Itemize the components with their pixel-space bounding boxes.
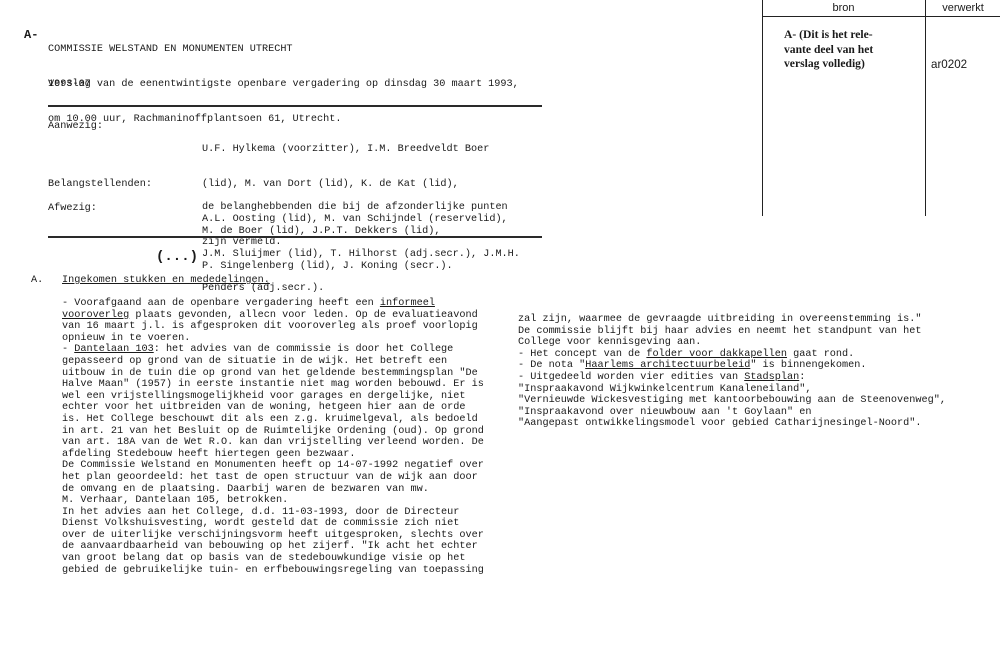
body-line: - De nota "Haarlems architectuurbeleid" …	[518, 360, 946, 372]
body-line: - Dantelaan 103: het advies van de commi…	[62, 344, 484, 356]
body-text: In het advies aan het College, d.d. 11-0…	[62, 507, 459, 518]
body-text: :	[799, 372, 805, 383]
body-line: van groot belang dat op basis van de ste…	[62, 553, 484, 565]
body-line: wel een vrijstellingsmogelijkheid voor g…	[62, 391, 484, 403]
table-border-left	[762, 0, 763, 216]
body-text: afdeling Stedebouw heeft hiertegen geen …	[62, 449, 355, 460]
body-text: Dienst Volkshuisvesting, wordt gesteld d…	[62, 518, 459, 529]
body-text: "Vernieuwde Wickesvestiging met kantoorb…	[518, 395, 946, 406]
table-cell-bron: A- (Dit is het rele- vante deel van het …	[784, 28, 873, 72]
body-line: opnieuw in te voeren.	[62, 333, 484, 345]
body-text: de aanvaardbaarheid van bebouwing op het…	[62, 541, 478, 552]
body-text: van groot belang dat op basis van de ste…	[62, 553, 466, 564]
section-title: Ingekomen stukken en mededelingen.	[62, 275, 270, 287]
body-text: Halve Maan" (1957) in eerste instantie n…	[62, 379, 484, 390]
body-text: in art. 21 van het Besluit op de Ruimtel…	[62, 426, 484, 437]
body-line: In het advies aan het College, d.d. 11-0…	[62, 507, 484, 519]
source-table: bron verwerkt A- (Dit is het rele- vante…	[762, 0, 1000, 216]
body-text: het plan geoordeeld: het tast de open st…	[62, 472, 478, 483]
attendance-label-interested: Belangstellenden:	[48, 179, 152, 191]
omission-marker: (...)	[156, 249, 198, 265]
body-text: -	[62, 344, 74, 355]
body-text: gaat rond.	[787, 349, 854, 360]
body-line: "Vernieuwde Wickesvestiging met kantoorb…	[518, 395, 946, 407]
body-line: De Commissie Welstand en Monumenten heef…	[62, 460, 484, 472]
body-line: over de uiterlijke verschijningsvorm hee…	[62, 530, 484, 542]
underlined-term: Haarlems architectuurbeleid	[585, 360, 750, 371]
underlined-term: informeel	[380, 298, 435, 309]
body-line: in art. 21 van het Besluit op de Ruimtel…	[62, 426, 484, 438]
body-line: - Uitgedeeld worden vier edities van Sta…	[518, 372, 946, 384]
body-line: De commissie blijft bij haar advies en n…	[518, 326, 946, 338]
body-text: echter voor het uitbreiden van de woning…	[62, 402, 466, 413]
body-line: van 16 maart j.l. is afgesproken dit voo…	[62, 321, 484, 333]
section-number: A.	[31, 275, 43, 287]
underlined-term: folder voor dakkapellen	[646, 349, 787, 360]
body-text: de omvang en de plaatsing. Daarbij waren…	[62, 484, 429, 495]
body-line: - Het concept van de folder voor dakkape…	[518, 349, 946, 361]
body-text: van art. 18A van de Wet R.O. kan dan vri…	[62, 437, 484, 448]
body-line: gebied de gebruikelijke tuin- en erfbebo…	[62, 565, 484, 577]
body-line: Halve Maan" (1957) in eerste instantie n…	[62, 379, 484, 391]
body-line: College voor kennisgeving aan.	[518, 337, 946, 349]
body-line: "Aangepast ontwikkelingsmodel voor gebie…	[518, 418, 946, 430]
body-line: van art. 18A van de Wet R.O. kan dan vri…	[62, 437, 484, 449]
body-text: - Het concept van de	[518, 349, 646, 360]
table-header-rule	[762, 16, 1000, 17]
body-text: zal zijn, waarmee de gevraagde uitbreidi…	[518, 314, 922, 325]
body-text: plaats gevonden, allecn voor leden. Op d…	[129, 310, 477, 321]
body-column-right: zal zijn, waarmee de gevraagde uitbreidi…	[518, 314, 946, 430]
table-header-verwerkt: verwerkt	[926, 2, 1000, 14]
body-text: De commissie blijft bij haar advies en n…	[518, 326, 922, 337]
table-header-bron: bron	[762, 2, 925, 14]
body-line: M. Verhaar, Dantelaan 105, betrokken.	[62, 495, 484, 507]
body-text: is. Het College beschouwt dit als een z.…	[62, 414, 478, 425]
table-column-divider	[925, 0, 926, 216]
body-text: - Voorafgaand aan de openbare vergaderin…	[62, 298, 380, 309]
body-line: Dienst Volkshuisvesting, wordt gesteld d…	[62, 518, 484, 530]
body-line: "Inspraakavond Wijkwinkelcentrum Kanalen…	[518, 384, 946, 396]
body-text: "Aangepast ontwikkelingsmodel voor gebie…	[518, 418, 922, 429]
body-text: gepasseerd op grond van de situatie in d…	[62, 356, 447, 367]
attendance-label-absent: Afwezig:	[48, 203, 97, 215]
divider-bottom	[48, 236, 542, 238]
body-line: "Inspraakavond over nieuwbouw aan 't Goy…	[518, 407, 946, 419]
underlined-term: vooroverleg	[62, 310, 129, 321]
body-text: " is binnengekomen.	[750, 360, 866, 371]
body-line: zal zijn, waarmee de gevraagde uitbreidi…	[518, 314, 946, 326]
underlined-term: Dantelaan 103	[74, 344, 153, 355]
body-text: De Commissie Welstand en Monumenten heef…	[62, 460, 484, 471]
intro-line: Verslag van de eenentwintigste openbare …	[48, 79, 519, 91]
document-marker: A-	[24, 28, 38, 42]
body-text: opnieuw in te voeren.	[62, 333, 190, 344]
body-line: het plan geoordeeld: het tast de open st…	[62, 472, 484, 484]
body-text: - De nota "	[518, 360, 585, 371]
body-text: uitbouw in de tuin die op grond van het …	[62, 368, 478, 379]
attendance-label-present: Aanwezig:	[48, 121, 103, 133]
body-line: de aanvaardbaarheid van bebouwing op het…	[62, 541, 484, 553]
body-line: echter voor het uitbreiden van de woning…	[62, 402, 484, 414]
body-text: van 16 maart j.l. is afgesproken dit voo…	[62, 321, 478, 332]
body-line: de omvang en de plaatsing. Daarbij waren…	[62, 484, 484, 496]
body-line: afdeling Stedebouw heeft hiertegen geen …	[62, 449, 484, 461]
body-text: "Inspraakavond over nieuwbouw aan 't Goy…	[518, 407, 811, 418]
body-line: gepasseerd op grond van de situatie in d…	[62, 356, 484, 368]
attendance-line: P. Singelenberg (lid), J. Koning (secr.)…	[202, 261, 453, 273]
attendance-line: U.F. Hylkema (voorzitter), I.M. Breedvel…	[202, 144, 520, 156]
body-column-left: - Voorafgaand aan de openbare vergaderin…	[62, 298, 484, 576]
body-line: - Voorafgaand aan de openbare vergaderin…	[62, 298, 484, 310]
underlined-term: Stadsplan	[744, 372, 799, 383]
body-text: - Uitgedeeld worden vier edities van	[518, 372, 744, 383]
body-line: uitbouw in de tuin die op grond van het …	[62, 368, 484, 380]
header-title: COMMISSIE WELSTAND EN MONUMENTEN UTRECHT	[48, 44, 293, 56]
table-cell-verwerkt: ar0202	[931, 58, 967, 71]
body-text: over de uiterlijke verschijningsvorm hee…	[62, 530, 484, 541]
body-text: gebied de gebruikelijke tuin- en erfbebo…	[62, 565, 484, 576]
body-text: College voor kennisgeving aan.	[518, 337, 701, 348]
body-text: wel een vrijstellingsmogelijkheid voor g…	[62, 391, 466, 402]
body-text: "Inspraakavond Wijkwinkelcentrum Kanalen…	[518, 384, 811, 395]
body-text: : het advies van de commissie is door he…	[154, 344, 454, 355]
body-line: is. Het College beschouwt dit als een z.…	[62, 414, 484, 426]
body-line: vooroverleg plaats gevonden, allecn voor…	[62, 310, 484, 322]
body-text: M. Verhaar, Dantelaan 105, betrokken.	[62, 495, 288, 506]
divider-top	[48, 105, 542, 107]
